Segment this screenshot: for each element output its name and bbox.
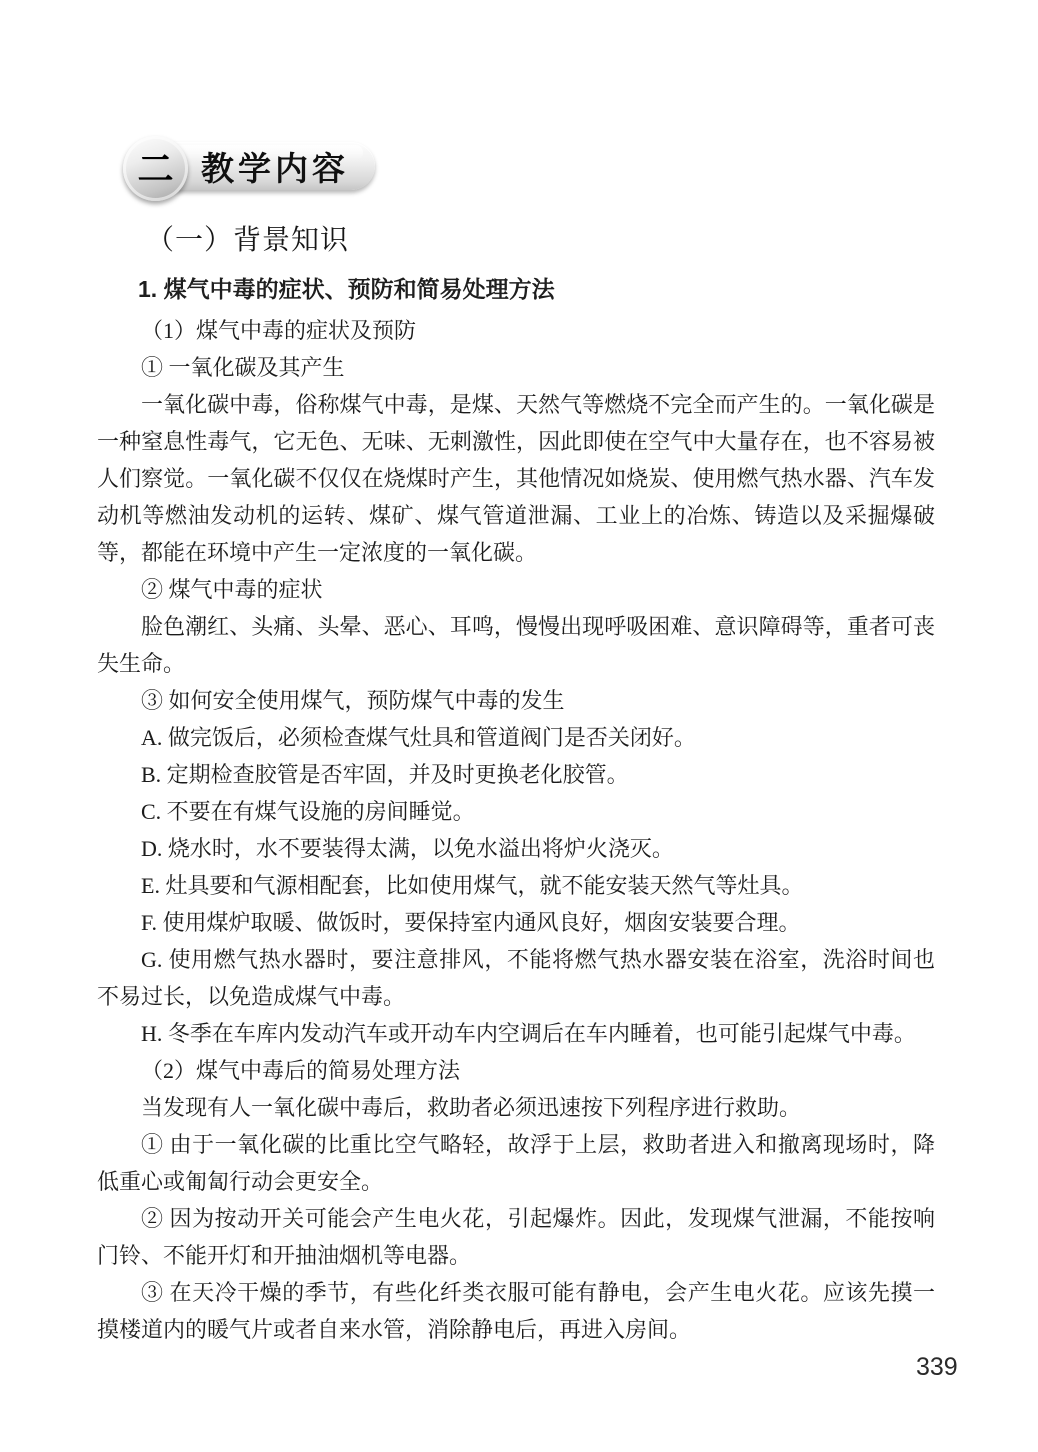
paragraph: H. 冬季在车库内发动汽车或开动车内空调后在车内睡着，也可能引起煤气中毒。 bbox=[97, 1015, 935, 1052]
paragraph: （1）煤气中毒的症状及预防 bbox=[97, 312, 935, 349]
paragraph: G. 使用燃气热水器时，要注意排风，不能将燃气热水器安装在浴室，洗浴时间也不易过… bbox=[97, 941, 935, 1015]
paragraph: ① 由于一氧化碳的比重比空气略轻，故浮于上层，救助者进入和撤离现场时，降低重心或… bbox=[97, 1126, 935, 1200]
section-badge: 教学内容 二 bbox=[123, 136, 383, 206]
section-badge-circle: 二 bbox=[123, 136, 188, 201]
section-badge-title: 教学内容 bbox=[201, 143, 349, 190]
paragraph: ② 煤气中毒的症状 bbox=[97, 571, 935, 608]
section-badge-number: 二 bbox=[137, 151, 173, 187]
paragraph: C. 不要在有煤气设施的房间睡觉。 bbox=[97, 793, 935, 830]
document-page: 教学内容 二 （一）背景知识 1. 煤气中毒的症状、预防和简易处理方法 （1）煤… bbox=[0, 0, 1038, 1452]
paragraph: B. 定期检查胶管是否牢固，并及时更换老化胶管。 bbox=[97, 756, 935, 793]
paragraph: 一氧化碳中毒，俗称煤气中毒，是煤、天然气等燃烧不完全而产生的。一氧化碳是一种窒息… bbox=[97, 386, 935, 571]
paragraph: D. 烧水时，水不要装得太满，以免水溢出将炉火浇灭。 bbox=[97, 830, 935, 867]
page-number: 339 bbox=[916, 1353, 958, 1382]
paragraph: A. 做完饭后，必须检查煤气灶具和管道阀门是否关闭好。 bbox=[97, 719, 935, 756]
document-body: （1）煤气中毒的症状及预防① 一氧化碳及其产生一氧化碳中毒，俗称煤气中毒，是煤、… bbox=[97, 312, 935, 1348]
paragraph: F. 使用煤炉取暖、做饭时，要保持室内通风良好，烟囱安装要合理。 bbox=[97, 904, 935, 941]
paragraph: ③ 如何安全使用煤气，预防煤气中毒的发生 bbox=[97, 682, 935, 719]
subsection-heading: （一）背景知识 bbox=[146, 218, 349, 258]
topic-heading: 1. 煤气中毒的症状、预防和简易处理方法 bbox=[138, 271, 555, 304]
paragraph: ① 一氧化碳及其产生 bbox=[97, 349, 935, 386]
paragraph: ② 因为按动开关可能会产生电火花，引起爆炸。因此，发现煤气泄漏，不能按响门铃、不… bbox=[97, 1200, 935, 1274]
paragraph: （2）煤气中毒后的简易处理方法 bbox=[97, 1052, 935, 1089]
paragraph: E. 灶具要和气源相配套，比如使用煤气，就不能安装天然气等灶具。 bbox=[97, 867, 935, 904]
paragraph: 脸色潮红、头痛、头晕、恶心、耳鸣，慢慢出现呼吸困难、意识障碍等，重者可丧失生命。 bbox=[97, 608, 935, 682]
paragraph: ③ 在天冷干燥的季节，有些化纤类衣服可能有静电，会产生电火花。应该先摸一摸楼道内… bbox=[97, 1274, 935, 1348]
paragraph: 当发现有人一氧化碳中毒后，救助者必须迅速按下列程序进行救助。 bbox=[97, 1089, 935, 1126]
